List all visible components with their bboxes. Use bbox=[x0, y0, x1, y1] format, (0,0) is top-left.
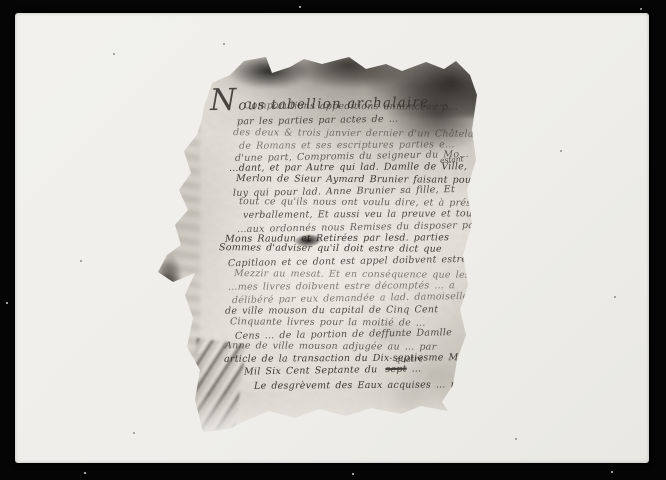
dust-speck bbox=[352, 473, 354, 475]
dust-speck bbox=[223, 43, 225, 45]
dust-speck bbox=[611, 471, 613, 473]
scanned-archive-image: Nous tabellion archalaire … Comparutions… bbox=[0, 0, 666, 480]
dust-speck bbox=[560, 150, 562, 152]
dust-speck bbox=[80, 260, 82, 262]
dust-speck bbox=[640, 8, 642, 10]
dust-speck bbox=[113, 53, 115, 55]
dust-speck bbox=[84, 472, 86, 474]
dust-speck bbox=[6, 302, 8, 304]
dust-speck bbox=[614, 296, 616, 298]
dust-speck bbox=[515, 438, 517, 440]
dust-speck bbox=[299, 6, 301, 8]
dust-speck bbox=[133, 432, 135, 434]
